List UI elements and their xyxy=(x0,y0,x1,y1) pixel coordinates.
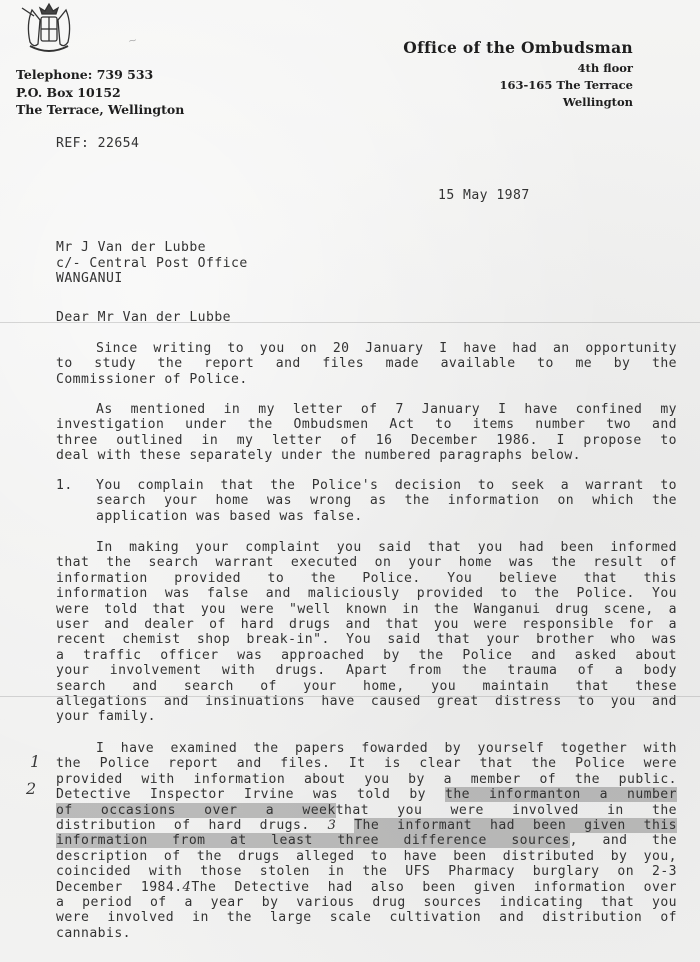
text-line: to study the report and files made avail… xyxy=(56,356,677,371)
text-line: search your home was wrong as the inform… xyxy=(96,493,677,508)
letterhead-contact: Telephone: 739 533 P.O. Box 10152 The Te… xyxy=(16,66,184,119)
text-line: distribution of hard drugs. 3 The inform… xyxy=(56,818,677,833)
highlighted-text: of occasions over a week xyxy=(56,803,336,818)
text-line: Since writing to you on 20 January I hav… xyxy=(56,341,677,356)
text-segment: distribution of hard drugs. xyxy=(56,818,328,833)
text-line: were told that you were "well known in t… xyxy=(56,602,677,617)
text-line: your involvement with drugs. Apart from … xyxy=(56,663,677,678)
text-line: information provided to the Police. You … xyxy=(56,571,677,586)
text-line: a period of a year by various drug sourc… xyxy=(56,895,677,910)
office-title: Office of the Ombudsman xyxy=(403,38,633,57)
text-segment: The Detective had also been given inform… xyxy=(191,880,677,895)
text-line: I have examined the papers fowarded by y… xyxy=(56,741,677,756)
text-line: cannabis. xyxy=(56,926,677,941)
text-line: description of the drugs alleged to have… xyxy=(56,849,677,864)
reference-number: REF: 22654 xyxy=(56,136,139,151)
text-segment: December 1984. xyxy=(56,880,183,895)
paper-fold-line xyxy=(0,696,700,697)
text-line: the Police report and files. It is clear… xyxy=(56,756,677,771)
text-line: You complain that the Police's decision … xyxy=(96,478,677,493)
margin-annotation-1: 1 xyxy=(30,752,40,771)
text-line: December 1984.4The Detective had also be… xyxy=(56,880,677,895)
text-line: As mentioned in my letter of 7 January I… xyxy=(56,402,677,417)
paragraph-intro: Since writing to you on 20 January I hav… xyxy=(56,341,677,387)
telephone-line: Telephone: 739 533 xyxy=(16,66,184,84)
text-line: application was based was false. xyxy=(96,509,677,524)
office-address: 4th floor 163-165 The Terrace Wellington xyxy=(500,60,633,111)
recipient-name: Mr J Van der Lubbe xyxy=(56,240,248,256)
paragraph-number: 1. xyxy=(56,478,73,493)
text-line: that the search warrant executed on your… xyxy=(56,555,677,570)
text-line: three outlined in my letter of 16 Decemb… xyxy=(56,433,677,448)
text-line: information was false and maliciously pr… xyxy=(56,586,677,601)
text-line: were involved in the large scale cultiva… xyxy=(56,910,677,925)
text-line: investigation under the Ombudsmen Act to… xyxy=(56,417,677,432)
text-segment: Detective Inspector Irvine was told by xyxy=(56,787,445,802)
handwritten-mark-3: 3 xyxy=(328,818,337,833)
text-segment: , and the xyxy=(570,833,677,848)
text-line: Commissioner of Police. xyxy=(56,372,677,387)
text-line: information from at least three differen… xyxy=(56,833,677,848)
text-line: provided with information about you by a… xyxy=(56,772,677,787)
highlighted-text: on a number xyxy=(564,787,677,802)
text-line: a traffic officer was approached by the … xyxy=(56,648,677,663)
recipient-address: Mr J Van der Lubbe c/- Central Post Offi… xyxy=(56,240,248,287)
margin-annotation-2: 2 xyxy=(26,779,36,798)
highlighted-text: the informant xyxy=(445,787,564,802)
paper-fold-line xyxy=(0,322,700,323)
text-line: of occasions over a weekthat you were in… xyxy=(56,803,677,818)
text-line: user and dealer of hard drugs and that y… xyxy=(56,617,677,632)
recipient-town: WANGANUI xyxy=(56,271,248,287)
text-line: recent chemist shop break-in". You said … xyxy=(56,632,677,647)
text-line: In making your complaint you said that y… xyxy=(56,540,677,555)
paragraph-scope: As mentioned in my letter of 7 January I… xyxy=(56,402,677,464)
highlighted-text: information from at least three differen… xyxy=(56,833,570,848)
faint-stamp-mark: ∼ xyxy=(127,33,138,47)
text-line: search and search of your home, you main… xyxy=(56,679,677,694)
street-line: The Terrace, Wellington xyxy=(16,101,184,119)
po-box-line: P.O. Box 10152 xyxy=(16,84,184,102)
recipient-care-of: c/- Central Post Office xyxy=(56,256,248,272)
text-line: Detective Inspector Irvine was told by t… xyxy=(56,787,677,802)
office-city: Wellington xyxy=(500,94,633,111)
text-line: deal with these separately under the num… xyxy=(56,448,677,463)
highlighted-text: The informant had been given this xyxy=(354,818,677,833)
handwritten-mark-4: 4 xyxy=(183,880,192,895)
office-floor: 4th floor xyxy=(500,60,633,77)
letter-date: 15 May 1987 xyxy=(438,188,530,203)
office-street: 163-165 The Terrace xyxy=(500,77,633,94)
coat-of-arms-icon xyxy=(14,0,84,58)
text-segment: that you were involved in the xyxy=(336,803,677,818)
text-line: coincided with those stolen in the UFS P… xyxy=(56,864,677,879)
text-line: your family. xyxy=(56,709,677,724)
paragraph-findings: I have examined the papers fowarded by y… xyxy=(56,741,677,941)
